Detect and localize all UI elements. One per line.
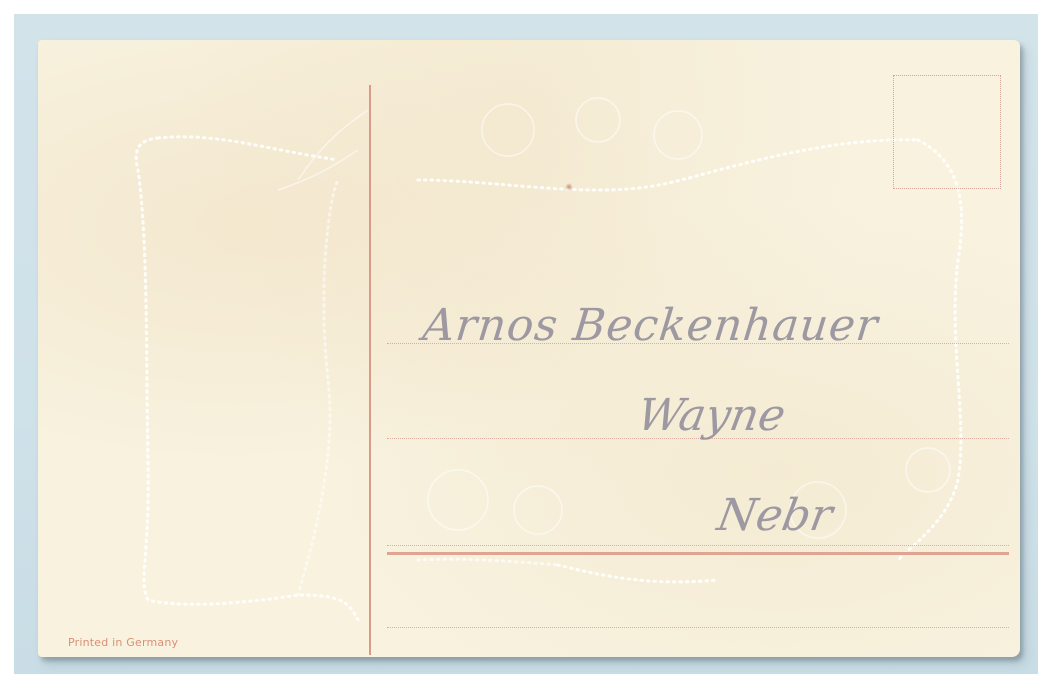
- printed-in-imprint: Printed in Germany: [68, 636, 178, 649]
- address-line-3: [387, 545, 1009, 546]
- handwritten-city: Wayne: [634, 390, 790, 441]
- handwritten-recipient-name: Arnos Beckenhauer: [420, 300, 881, 351]
- address-line-4: [387, 627, 1009, 628]
- address-line-3-solid: [387, 552, 1009, 555]
- age-spot: [565, 183, 573, 191]
- handwritten-state: Nebr: [714, 490, 837, 541]
- stamp-box: [893, 75, 1001, 189]
- postcard: Arnos Beckenhauer Wayne Nebr Printed in …: [38, 40, 1020, 657]
- message-address-divider: [369, 85, 371, 655]
